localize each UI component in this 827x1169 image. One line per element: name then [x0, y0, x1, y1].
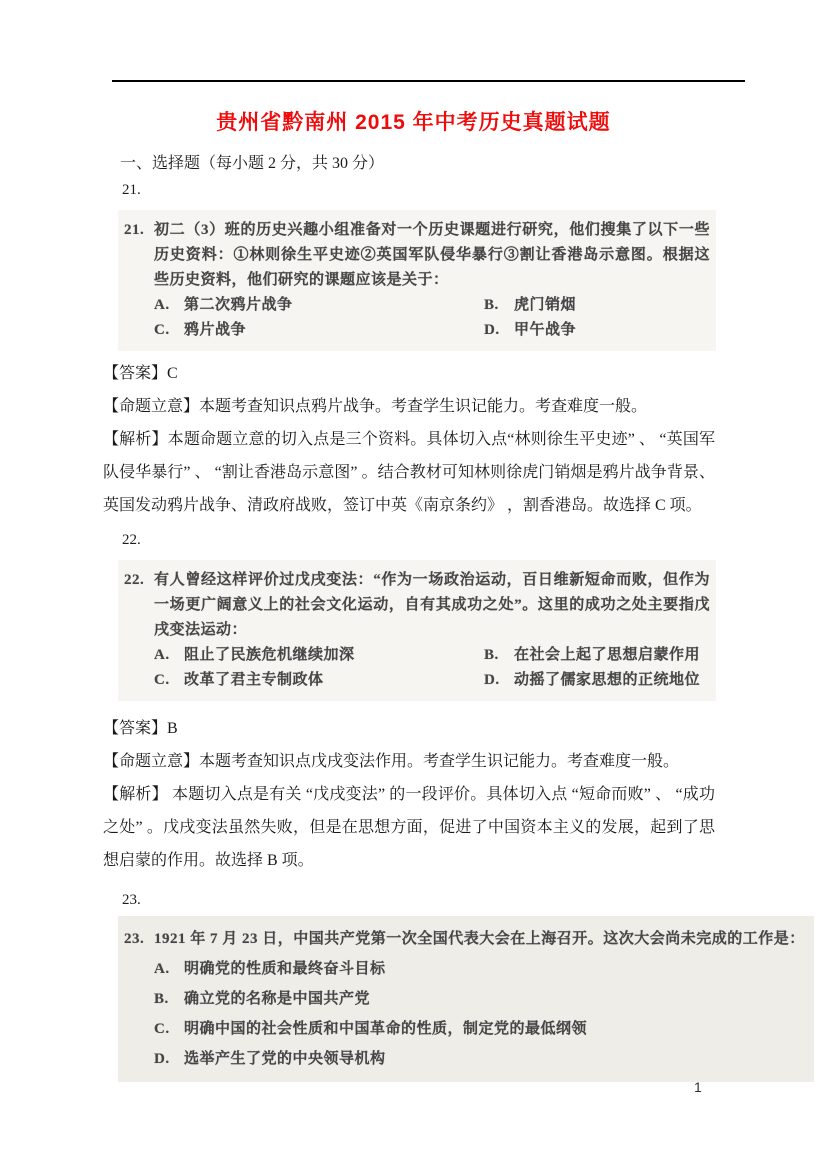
option-a: A.阻止了民族危机继续加深: [154, 643, 484, 668]
intent-line: 【命题立意】本题考查知识点鸦片战争。考查学生识记能力。考查难度一般。: [103, 390, 715, 423]
option-c-text: 鸦片战争: [184, 322, 246, 338]
question-22-stem: 有人曾经这样评价过戊戌变法：“作为一场政治运动，百日维新短命而败，但作为一场更广…: [154, 568, 710, 643]
section-heading: 一、选择题（每小题 2 分，共 30 分）: [120, 153, 827, 175]
option-c-key: C.: [154, 668, 184, 693]
option-c-text: 明确中国的社会性质和中国革命的性质，制定党的最低纲领: [184, 1021, 587, 1037]
option-d-text: 选举产生了党的中央领导机构: [184, 1051, 386, 1067]
option-d-key: D.: [484, 668, 514, 693]
answer-line: 【答案】B: [103, 712, 715, 745]
option-b: B.在社会上起了思想启蒙作用: [484, 643, 710, 668]
question-23-options: A.明确党的性质和最终奋斗目标 B.确立党的名称是中国共产党 C.明确中国的社会…: [154, 954, 808, 1074]
analysis-paragraph: 【解析】本题命题立意的切入点是三个资料。具体切入点“林则徐生平史迹” 、 “英国…: [103, 423, 715, 522]
option-b-text: 虎门销烟: [514, 297, 576, 313]
document-title: 贵州省黔南州 2015 年中考历史真题试题: [0, 108, 827, 138]
question-22-number: 22.: [122, 568, 154, 693]
analysis-paragraph: 【解析】 本题切入点是有关 “戊戌变法” 的一段评价。具体切入点 “短命而败” …: [103, 778, 715, 877]
header-rule: [112, 80, 745, 82]
option-c-key: C.: [154, 1014, 184, 1044]
option-d-text: 甲午战争: [514, 322, 576, 338]
option-a-key: A.: [154, 954, 184, 984]
option-c: C.鸦片战争: [154, 318, 484, 343]
option-c-key: C.: [154, 318, 184, 343]
question-21-number: 21.: [122, 218, 154, 343]
question-23-scan-image: 23. 1921 年 7 月 23 日，中国共产党第一次全国代表大会在上海召开。…: [118, 916, 814, 1082]
option-b-key: B.: [154, 984, 184, 1014]
option-d: D.选举产生了党的中央领导机构: [154, 1044, 808, 1074]
option-d: D.甲午战争: [484, 318, 710, 343]
page-number: 1: [694, 1078, 702, 1096]
question-23-stem: 1921 年 7 月 23 日，中国共产党第一次全国代表大会在上海召开。这次大会…: [154, 924, 808, 954]
option-a-text: 第二次鸦片战争: [184, 297, 293, 313]
option-d-key: D.: [484, 318, 514, 343]
question-22-options: A.阻止了民族危机继续加深 B.在社会上起了思想启蒙作用 C.改革了君主专制政体…: [154, 643, 710, 693]
question-21-stem: 初二（3）班的历史兴趣小组准备对一个历史课题进行研究，他们搜集了以下一些历史资料…: [154, 218, 710, 293]
question-21-options: A.第二次鸦片战争 B.虎门销烟 C.鸦片战争 D.甲午战争: [154, 293, 710, 343]
option-c: C.明确中国的社会性质和中国革命的性质，制定党的最低纲领: [154, 1014, 808, 1044]
question-22-answer-block: 【答案】B 【命题立意】本题考查知识点戊戌变法作用。考查学生识记能力。考查难度一…: [103, 712, 715, 877]
option-a: A.第二次鸦片战争: [154, 293, 484, 318]
question-21-label: 21.: [122, 180, 827, 200]
option-d: D.动摇了儒家思想的正统地位: [484, 668, 710, 693]
document-page: 贵州省黔南州 2015 年中考历史真题试题 一、选择题（每小题 2 分，共 30…: [0, 0, 827, 1169]
question-23-label: 23.: [122, 890, 827, 910]
option-a-key: A.: [154, 643, 184, 668]
option-b-key: B.: [484, 643, 514, 668]
option-a: A.明确党的性质和最终奋斗目标: [154, 954, 808, 984]
option-b-key: B.: [484, 293, 514, 318]
answer-line: 【答案】C: [103, 357, 715, 390]
option-c-text: 改革了君主专制政体: [184, 672, 324, 688]
question-21-answer-block: 【答案】C 【命题立意】本题考查知识点鸦片战争。考查学生识记能力。考查难度一般。…: [103, 357, 715, 522]
intent-line: 【命题立意】本题考查知识点戊戌变法作用。考查学生识记能力。考查难度一般。: [103, 745, 715, 778]
question-22-scan-image: 22. 有人曾经这样评价过戊戌变法：“作为一场政治运动，百日维新短命而败，但作为…: [118, 560, 716, 701]
option-b: B.虎门销烟: [484, 293, 710, 318]
option-a-text: 阻止了民族危机继续加深: [184, 647, 355, 663]
option-a-key: A.: [154, 293, 184, 318]
question-22-label: 22.: [122, 530, 827, 550]
option-a-text: 明确党的性质和最终奋斗目标: [184, 961, 386, 977]
option-d-text: 动摇了儒家思想的正统地位: [514, 672, 700, 688]
option-d-key: D.: [154, 1044, 184, 1074]
option-b: B.确立党的名称是中国共产党: [154, 984, 808, 1014]
option-b-text: 确立党的名称是中国共产党: [184, 991, 370, 1007]
option-c: C.改革了君主专制政体: [154, 668, 484, 693]
question-21-scan-image: 21. 初二（3）班的历史兴趣小组准备对一个历史课题进行研究，他们搜集了以下一些…: [118, 210, 716, 351]
question-23-number: 23.: [122, 924, 154, 1074]
option-b-text: 在社会上起了思想启蒙作用: [514, 647, 700, 663]
